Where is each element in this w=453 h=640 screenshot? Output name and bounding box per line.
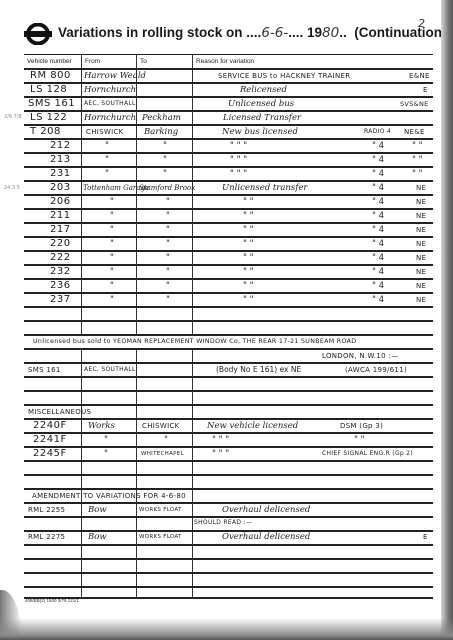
reason-value: " " " [230, 168, 247, 180]
code-value: E&NE [409, 70, 430, 82]
should-read-label: SHOULD READ :— [194, 517, 252, 529]
reason-value: " " [243, 294, 254, 306]
code-value: NE [416, 238, 426, 250]
reason-value: " " [243, 266, 254, 278]
from-value: " [110, 210, 114, 222]
radio-value: " 4 [372, 182, 384, 194]
vehicle-number: RML 2275 [28, 531, 65, 543]
vehicle-number: 211 [50, 210, 71, 222]
reason-value: " " " [230, 154, 247, 166]
column-header-to: To [140, 58, 147, 65]
vehicle-number: RM 800 [30, 70, 71, 82]
from-value: " [110, 238, 114, 250]
reason-value: " " [243, 252, 254, 264]
to-value: " [163, 168, 167, 180]
radio-value: " 4 [372, 252, 384, 264]
code-value: NE [416, 224, 426, 236]
reason-value: " " [243, 210, 254, 222]
from-value: Bow [88, 531, 107, 543]
vehicle-number: SMS 161 [28, 98, 75, 110]
from-value: " [104, 448, 108, 460]
row-rule [24, 558, 433, 560]
reason-value: " " " [230, 140, 247, 152]
from-value: " [110, 252, 114, 264]
vehicle-number: LS 128 [30, 84, 67, 96]
to-value: " [163, 154, 167, 166]
to-value: Peckham [142, 112, 181, 124]
code-value: NE [416, 294, 426, 306]
note-value: CHIEF SIGNAL ENG.R (Gp 2) [322, 448, 413, 460]
row-rule [24, 572, 433, 574]
to-value: " [163, 140, 167, 152]
to-value: Stamford Brook [139, 182, 195, 194]
to-value: Barking [144, 126, 178, 138]
to-value: " [166, 294, 170, 306]
vehicle-number: 237 [50, 294, 71, 306]
radio-value: " 4 [372, 210, 384, 222]
from-value: " [105, 140, 109, 152]
margin-note: 2/6 7/8 [4, 114, 22, 120]
from-value: Harrow Weald [84, 70, 146, 82]
to-value: CHISWICK [142, 420, 180, 432]
from-value: " [110, 196, 114, 208]
form-title: Variations in rolling stock on ....6-6-.… [58, 25, 447, 41]
reason-value: " " [243, 238, 254, 250]
note-value: DSM (Gp 3) [340, 420, 383, 432]
reason-value: " " [243, 196, 254, 208]
to-value: " [164, 434, 168, 446]
row-rule [24, 306, 433, 308]
vehicle-number: 217 [50, 224, 71, 236]
code-value: " " [412, 154, 423, 166]
from-value: Hornchurch [84, 112, 136, 124]
reason-value: New vehicle licensed [207, 420, 298, 432]
row-rule [24, 474, 433, 476]
date-value: 6-6- [261, 25, 288, 41]
vehicle-number: 212 [50, 140, 71, 152]
reference-value: (AWCA 199/611) [345, 364, 407, 376]
continuation-label: (Continuation) [354, 25, 446, 40]
header-rule [24, 54, 433, 55]
row-rule [24, 320, 433, 322]
code-value: NE [416, 266, 426, 278]
reason-value: " " " [212, 434, 229, 446]
vehicle-number: 206 [50, 196, 71, 208]
to-value: " [166, 266, 170, 278]
code-value: SVS&NE [400, 98, 429, 110]
vehicle-number: SMS 161 [28, 364, 61, 376]
row-rule [24, 460, 433, 462]
reason-value: " " [243, 280, 254, 292]
margin-note: 24.3 5 [4, 185, 20, 191]
amendment-heading: AMENDMENT TO VARIATIONS FOR 4-6-80 [32, 490, 186, 502]
code-value: " " [412, 140, 423, 152]
row-rule [24, 376, 433, 378]
radio-value: RADIO 4 [364, 126, 391, 138]
to-value: " [166, 280, 170, 292]
reason-value: New bus licensed [222, 126, 298, 138]
reason-value: Unlicensed bus [228, 98, 294, 110]
code-value: NE [416, 210, 426, 222]
radio-value: " 4 [372, 280, 384, 292]
reason-value: " " " [212, 448, 229, 460]
radio-value: " 4 [372, 154, 384, 166]
radio-value: " 4 [372, 224, 384, 236]
scan-edge-shadow [441, 0, 453, 640]
sale-note-line2: LONDON, N.W.10 :— [322, 350, 398, 362]
vehicle-number: 220 [50, 238, 71, 250]
vehicle-number: 213 [50, 154, 71, 166]
london-transport-roundel-icon [24, 23, 52, 45]
from-value: Hornchurch [84, 84, 136, 96]
reason-value: Relicensed [240, 84, 287, 96]
vehicle-number: 2240F [33, 420, 67, 432]
from-value: " [110, 294, 114, 306]
radio-value: " 4 [372, 238, 384, 250]
row-rule [24, 586, 433, 588]
row-rule [24, 597, 433, 599]
from-value: " [104, 434, 108, 446]
code-value: E [423, 84, 428, 96]
from-value: " [110, 266, 114, 278]
from-value: " [105, 168, 109, 180]
column-header-vehicle: Vehicle number [27, 58, 72, 65]
to-value: " [166, 238, 170, 250]
year-value: 80 [322, 25, 339, 41]
reason-value: SERVICE BUS to HACKNEY TRAINER [218, 70, 350, 82]
column-header-reason: Reason for variation [196, 58, 254, 65]
reason-value: Overhaul delicensed [222, 531, 310, 543]
note-value: " " [354, 434, 365, 446]
radio-value: " 4 [372, 294, 384, 306]
vehicle-number: 222 [50, 252, 71, 264]
vehicle-number: 2245F [33, 448, 67, 460]
vehicle-number: 236 [50, 280, 71, 292]
code-value: NE [416, 280, 426, 292]
to-value: WORKS FLOAT [139, 504, 182, 516]
radio-value: " 4 [372, 140, 384, 152]
reason-value: Licensed Transfer [223, 112, 301, 124]
from-value: Bow [88, 504, 107, 516]
code-value: NE [416, 196, 426, 208]
code-value: NE [416, 182, 426, 194]
reason-value: " " [243, 224, 254, 236]
to-value: WHITECHAPEL [141, 448, 184, 460]
misc-heading: MISCELLANEOUS [28, 406, 91, 418]
vehicle-number: 2241F [33, 434, 67, 446]
row-rule [24, 390, 433, 392]
from-value: " [110, 224, 114, 236]
rolling-stock-form: Variations in rolling stock on ....6-6-.… [0, 0, 453, 640]
reason-value: Overhaul delicensed [222, 504, 310, 516]
row-rule [24, 544, 433, 546]
to-value: " [166, 224, 170, 236]
from-value: AEC, SOUTHALL [84, 98, 136, 110]
code-value: E [423, 531, 428, 543]
radio-value: " 4 [372, 196, 384, 208]
vehicle-number: RML 2255 [28, 504, 65, 516]
page-number: 2 [418, 17, 425, 30]
from-value: AEC, SOUTHALL [84, 364, 136, 376]
to-value: " [166, 196, 170, 208]
column-header-from: From [85, 58, 100, 65]
scan-bottom-shadow [0, 618, 453, 640]
vehicle-number: T 208 [30, 126, 61, 138]
code-value: NE&E [404, 126, 425, 138]
code-value: " " [412, 168, 423, 180]
form-code: 408/BB(2) 1500 3/79 121/1 [25, 598, 79, 603]
to-value: " [166, 210, 170, 222]
from-value: " [105, 154, 109, 166]
radio-value: " 4 [372, 266, 384, 278]
vehicle-number: 231 [50, 168, 71, 180]
from-value: " [110, 280, 114, 292]
code-value: NE [416, 252, 426, 264]
reason-value: Unlicensed transfer [222, 182, 308, 194]
to-value: " [166, 252, 170, 264]
radio-value: " 4 [372, 168, 384, 180]
from-value: CHISWICK [86, 126, 124, 138]
to-value: WORKS FLOAT [139, 531, 182, 543]
vehicle-number: 203 [50, 182, 71, 194]
vehicle-number: 232 [50, 266, 71, 278]
from-value: Works [88, 420, 115, 432]
vehicle-number: LS 122 [30, 112, 67, 124]
reason-value: (Body No E 161) ex NE [216, 364, 301, 376]
sale-note-line1: Unlicensed bus sold to YEOMAN REPLACEMEN… [33, 336, 358, 348]
